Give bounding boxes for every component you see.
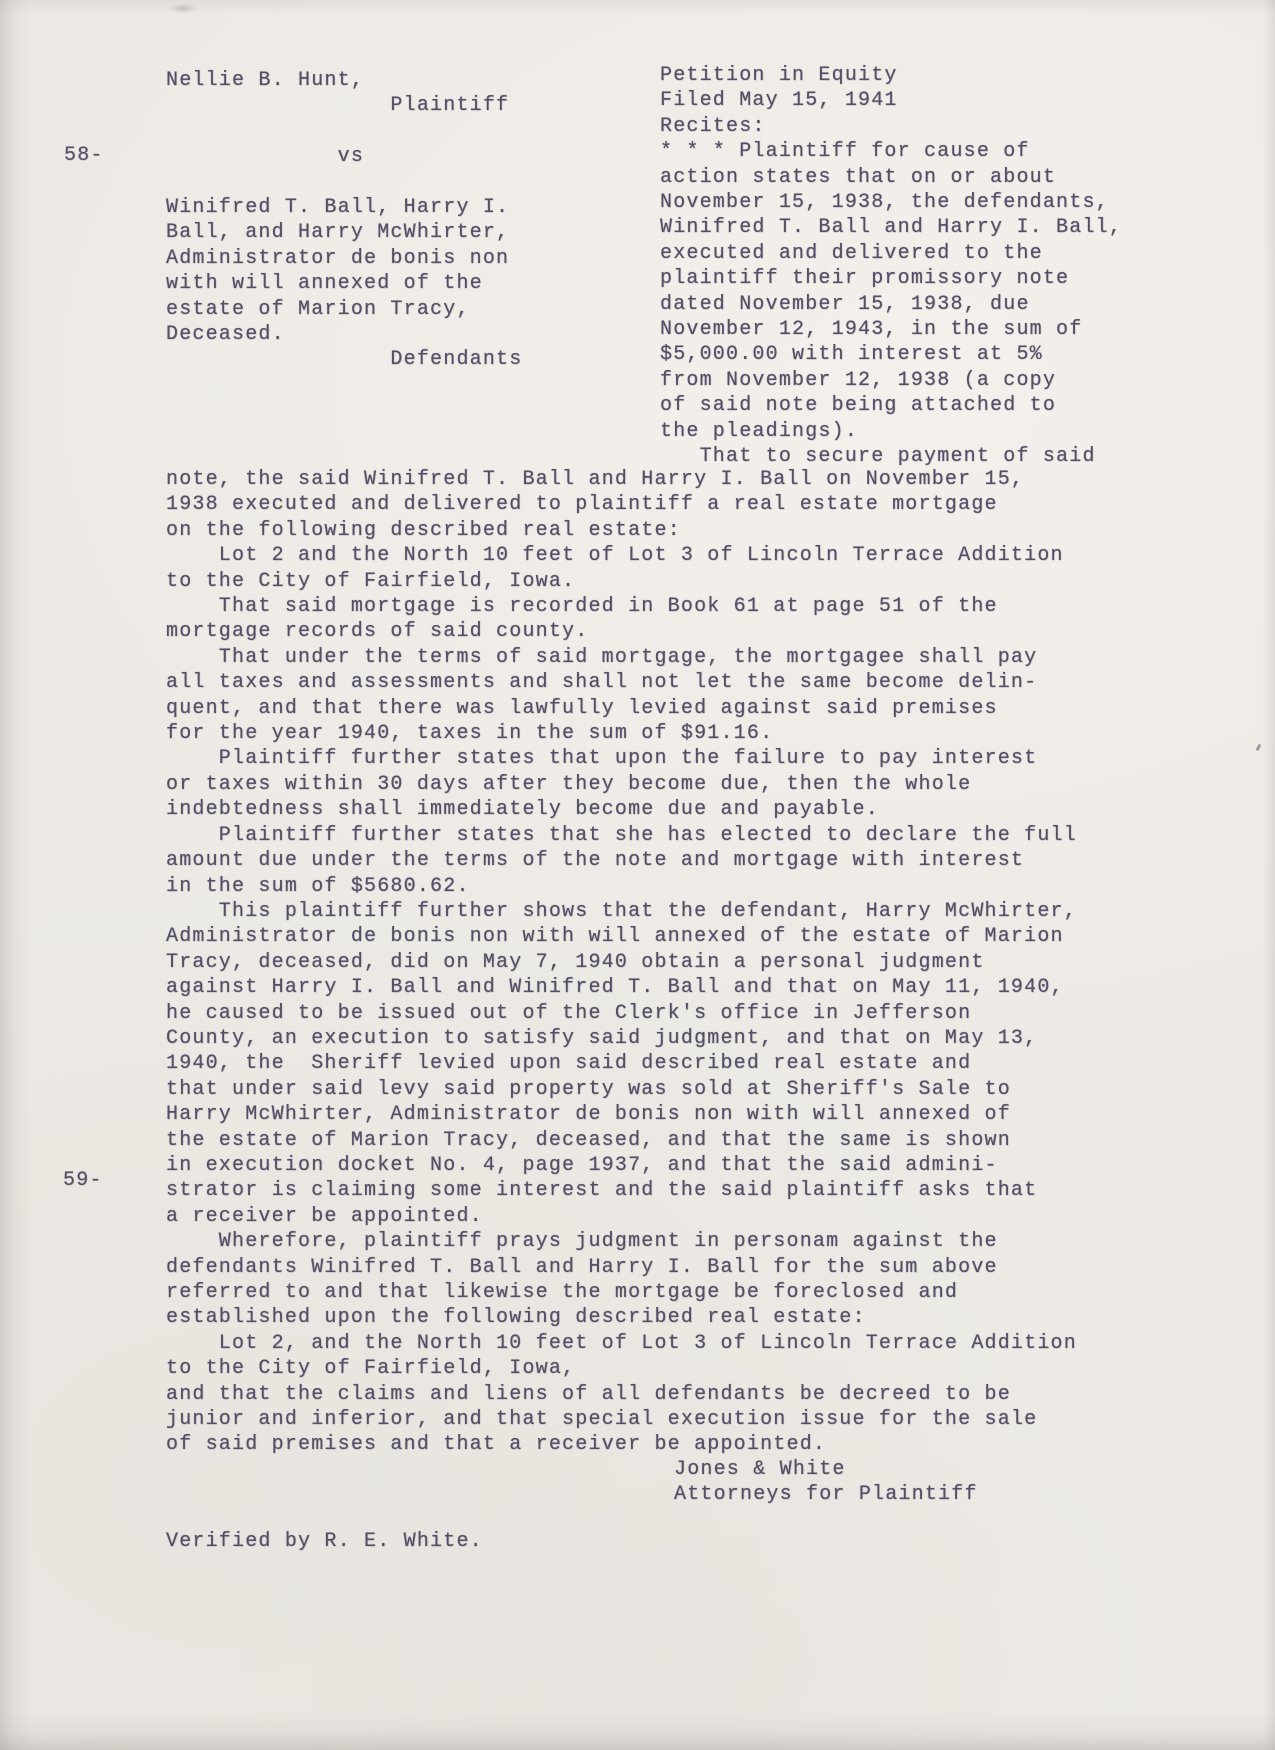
margin-record-number-59: 59- [63, 1168, 103, 1193]
petition-header-column: Petition in Equity Filed May 15, 1941 Re… [660, 63, 1122, 470]
margin-record-number-58: 58- [64, 143, 104, 168]
verification-note: Verified by R. E. White. [166, 1529, 483, 1554]
petition-body-text: note, the said Winifred T. Ball and Harr… [166, 467, 1077, 1458]
attorney-signature-block: Jones & White Attorneys for Plaintiff [674, 1457, 978, 1508]
ink-fleck [1256, 744, 1262, 752]
scanned-court-record-page: 58- 59- Nellie B. Hunt, Plaintiff vs Win… [0, 0, 1275, 1750]
case-caption: Nellie B. Hunt, Plaintiff vs Winifred T.… [166, 68, 522, 373]
ink-smudge [168, 4, 198, 13]
